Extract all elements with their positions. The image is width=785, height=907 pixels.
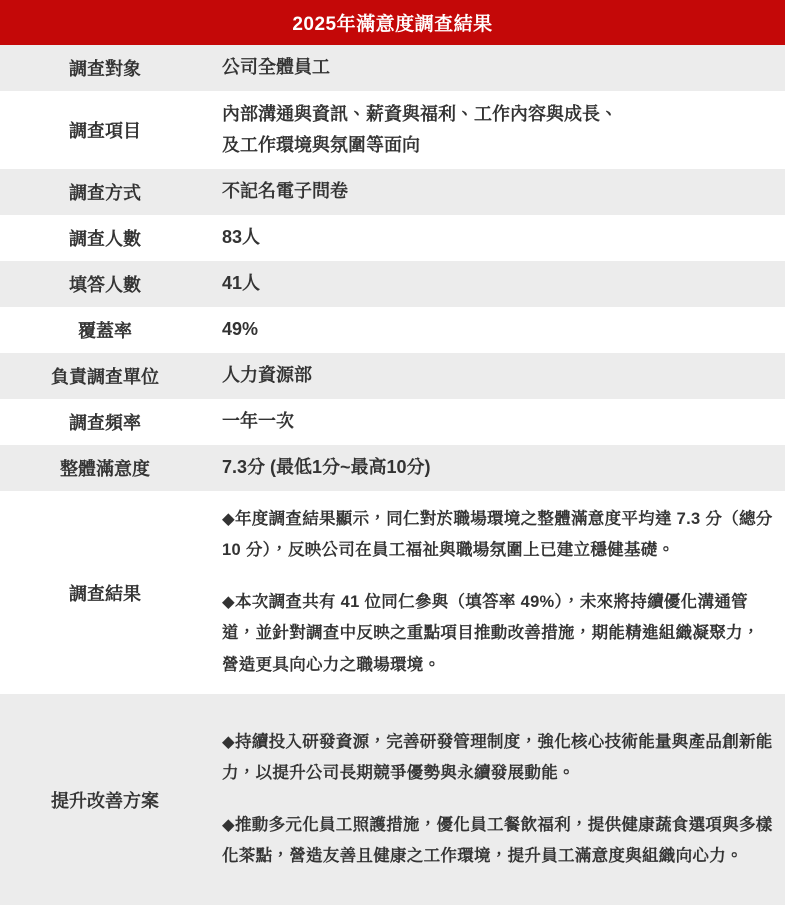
bullet-paragraph: ◆本次調查共有 41 位同仁參與（填答率 49%），未來將持續優化溝通管道，並針…	[222, 587, 773, 681]
report-title-bar: 2025年滿意度調查結果	[0, 0, 785, 45]
section-survey-results: 調查結果 ◆年度調查結果顯示，同仁對於職場環境之整體滿意度平均達 7.3 分（總…	[0, 491, 785, 694]
row-value: 內部溝通與資訊、薪資與福利、工作內容與成長、 及工作環境與氛圍等面向	[210, 91, 785, 169]
row-value: 7.3分 (最低1分~最高10分)	[210, 445, 785, 491]
survey-report-table: 2025年滿意度調查結果 調查對象 公司全體員工 調查項目 內部溝通與資訊、薪資…	[0, 0, 785, 907]
row-label: 調查頻率	[0, 399, 210, 445]
section-label: 調查結果	[0, 491, 210, 694]
row-label: 負責調查單位	[0, 353, 210, 399]
row-label: 填答人數	[0, 261, 210, 307]
row-value: 公司全體員工	[210, 45, 785, 91]
row-label: 調查對象	[0, 45, 210, 91]
table-row: 整體滿意度 7.3分 (最低1分~最高10分)	[0, 445, 785, 491]
table-row: 調查對象 公司全體員工	[0, 45, 785, 91]
row-label: 覆蓋率	[0, 307, 210, 353]
section-body: ◆持續投入研發資源，完善研發管理制度，強化核心技術能量與產品創新能力，以提升公司…	[210, 694, 785, 905]
section-improvement-plan: 提升改善方案 ◆持續投入研發資源，完善研發管理制度，強化核心技術能量與產品創新能…	[0, 694, 785, 905]
row-value: 一年一次	[210, 399, 785, 445]
row-label: 整體滿意度	[0, 445, 210, 491]
section-body: ◆年度調查結果顯示，同仁對於職場環境之整體滿意度平均達 7.3 分（總分 10 …	[210, 491, 785, 694]
table-row: 覆蓋率 49%	[0, 307, 785, 353]
row-value: 41人	[210, 261, 785, 307]
row-value: 83人	[210, 215, 785, 261]
report-title: 2025年滿意度調查結果	[292, 9, 492, 36]
row-value: 人力資源部	[210, 353, 785, 399]
table-row: 調查項目 內部溝通與資訊、薪資與福利、工作內容與成長、 及工作環境與氛圍等面向	[0, 91, 785, 169]
bullet-paragraph: ◆持續投入研發資源，完善研發管理制度，強化核心技術能量與產品創新能力，以提升公司…	[222, 727, 773, 790]
section-label: 提升改善方案	[0, 694, 210, 905]
table-row: 調查人數 83人	[0, 215, 785, 261]
bullet-paragraph: ◆年度調查結果顯示，同仁對於職場環境之整體滿意度平均達 7.3 分（總分 10 …	[222, 504, 773, 567]
row-label: 調查方式	[0, 169, 210, 215]
row-label: 調查人數	[0, 215, 210, 261]
row-value: 不記名電子問卷	[210, 169, 785, 215]
table-row: 填答人數 41人	[0, 261, 785, 307]
table-row: 負責調查單位 人力資源部	[0, 353, 785, 399]
bullet-paragraph: ◆推動多元化員工照護措施，優化員工餐飲福利，提供健康蔬食選項與多樣化茶點，營造友…	[222, 810, 773, 873]
table-row: 調查頻率 一年一次	[0, 399, 785, 445]
row-label: 調查項目	[0, 91, 210, 169]
row-value: 49%	[210, 307, 785, 353]
table-row: 調查方式 不記名電子問卷	[0, 169, 785, 215]
